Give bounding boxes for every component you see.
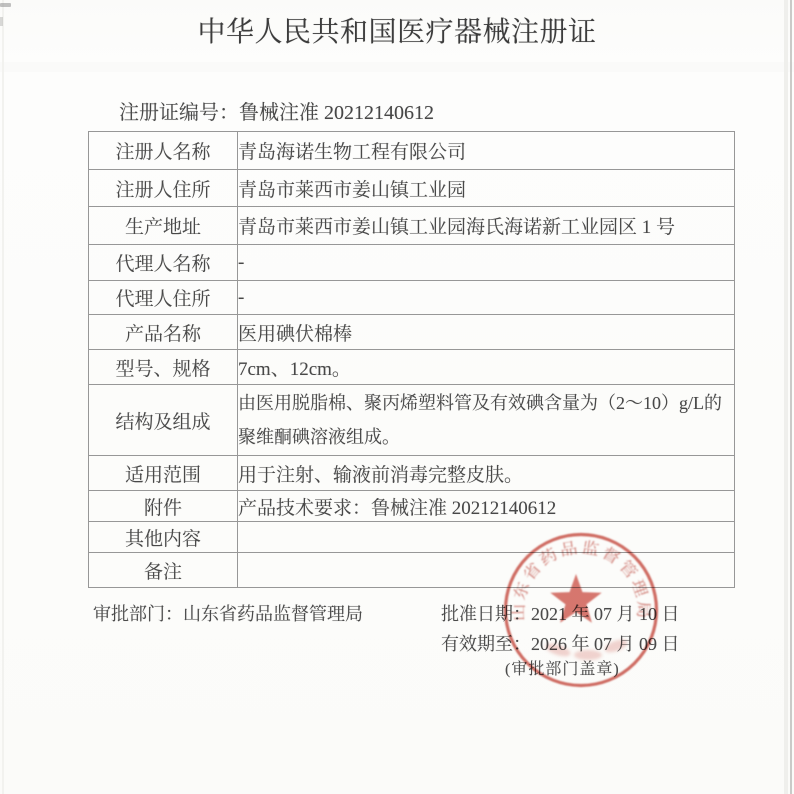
row-value: [238, 553, 735, 588]
table-row: 备注: [89, 553, 735, 588]
table-row: 其他内容: [89, 522, 735, 553]
approval-department-value: 山东省药品监督管理局: [183, 604, 363, 624]
row-label: 结构及组成: [89, 385, 238, 456]
page-title: 中华人民共和国医疗器械注册证: [0, 10, 794, 50]
row-label: 代理人住所: [89, 281, 238, 315]
table-row: 型号、规格 7cm、12cm。: [89, 350, 735, 385]
valid-until-label: 有效期至：: [441, 634, 531, 654]
table-row: 代理人名称 -: [89, 245, 735, 281]
table-row: 注册人住所 青岛市莱西市姜山镇工业园: [89, 170, 735, 207]
approval-department-label: 审批部门：: [93, 604, 183, 624]
row-label: 附件: [89, 491, 238, 522]
scan-smudge: [0, 17, 3, 26]
row-label: 其他内容: [89, 522, 238, 553]
row-value: -: [238, 245, 735, 281]
row-label: 代理人名称: [89, 245, 238, 281]
row-label: 注册人名称: [89, 132, 238, 170]
row-value: 青岛海诺生物工程有限公司: [238, 132, 735, 170]
row-label: 适用范围: [89, 456, 238, 491]
scan-edge-artifact-left: [2, 0, 4, 794]
row-value: -: [238, 281, 735, 315]
table-row: 附件 产品技术要求：鲁械注准 20212140612: [89, 491, 735, 522]
table-row: 注册人名称 青岛海诺生物工程有限公司: [89, 132, 735, 170]
table-row: 生产地址 青岛市莱西市姜山镇工业园海氏海诺新工业园区 1 号: [89, 207, 735, 245]
row-label: 产品名称: [89, 315, 238, 350]
scan-smudge: [0, 3, 11, 7]
row-value: [238, 522, 735, 553]
cert-number-label: 注册证编号：: [119, 102, 239, 124]
table-row: 代理人住所 -: [89, 281, 735, 315]
row-value: 青岛市莱西市姜山镇工业园海氏海诺新工业园区 1 号: [238, 207, 735, 245]
row-value: 用于注射、输液前消毒完整皮肤。: [238, 456, 735, 491]
row-label: 生产地址: [89, 207, 238, 245]
cert-number-value: 鲁械注准 20212140612: [239, 102, 434, 124]
table-row: 适用范围 用于注射、输液前消毒完整皮肤。: [89, 456, 735, 491]
row-value: 7cm、12cm。: [238, 350, 735, 385]
row-value: 由医用脱脂棉、聚丙烯塑料管及有效碘含量为（2～10）g/L的聚维酮碘溶液组成。: [238, 385, 735, 456]
table-row: 产品名称 医用碘伏棉棒: [89, 315, 735, 350]
row-label: 型号、规格: [89, 350, 238, 385]
scan-edge-artifact: [784, 0, 788, 794]
certificate-table: 注册人名称 青岛海诺生物工程有限公司 注册人住所 青岛市莱西市姜山镇工业园 生产…: [88, 131, 735, 588]
row-value: 医用碘伏棉棒: [238, 315, 735, 350]
row-label: 注册人住所: [89, 170, 238, 207]
certificate-page: 中华人民共和国医疗器械注册证 注册证编号：鲁械注准 20212140612 注册…: [0, 0, 794, 794]
scan-band-artifact: [0, 62, 794, 72]
seal-caption: (审批部门盖章): [505, 656, 620, 679]
table-row: 结构及组成 由医用脱脂棉、聚丙烯塑料管及有效碘含量为（2～10）g/L的聚维酮碘…: [89, 385, 735, 456]
cert-number-line: 注册证编号：鲁械注准 20212140612: [119, 96, 434, 125]
approval-date-label: 批准日期：: [441, 604, 531, 624]
approval-date-line: 批准日期：2021 年 07 月 10 日: [441, 600, 680, 626]
scan-edge-line: [790, 0, 792, 794]
row-label: 备注: [89, 553, 238, 588]
approval-date-value: 2021 年 07 月 10 日: [531, 604, 680, 624]
valid-until-line: 有效期至：2026 年 07 月 09 日: [441, 630, 680, 656]
valid-until-value: 2026 年 07 月 09 日: [531, 634, 680, 654]
row-value: 青岛市莱西市姜山镇工业园: [238, 170, 735, 207]
row-value: 产品技术要求：鲁械注准 20212140612: [238, 491, 735, 522]
approval-department-line: 审批部门：山东省药品监督管理局: [93, 600, 363, 626]
